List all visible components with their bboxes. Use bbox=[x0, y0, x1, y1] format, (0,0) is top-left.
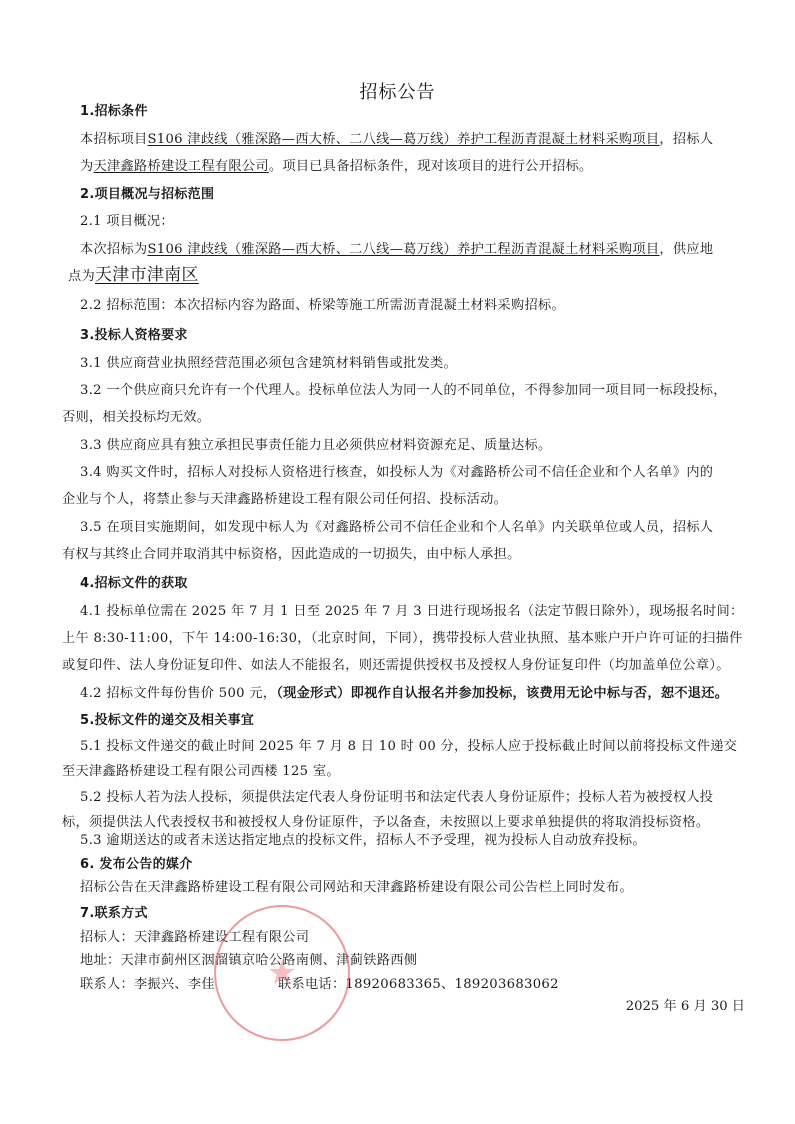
text: 4.2 招标文件每份售价 500 元， bbox=[80, 686, 276, 701]
company-name: 天津鑫路桥建设工程有限公司 bbox=[94, 159, 269, 174]
contact-address: 地址：天津市蓟州区洇溜镇京哈公路南侧、津蓟铁路西侧 bbox=[80, 952, 417, 970]
project-name: S106 津歧线（雅深路—西大桥、二八线—葛万线）养护工程沥青混凝土材料采购项目 bbox=[147, 242, 659, 257]
section-2-1-line-1: 本次招标为S106 津歧线（雅深路—西大桥、二八线—葛万线）养护工程沥青混凝土材… bbox=[80, 241, 713, 259]
contact-phone: 联系电话：18920683365、189203683062 bbox=[278, 976, 559, 994]
text: 点为 bbox=[68, 269, 95, 284]
section-3-5-line-1: 3.5 在项目实施期间，如发现中标人为《对鑫路桥公司不信任企业和个人名单》内关联… bbox=[80, 519, 713, 537]
contact-persons: 联系人：李振兴、李佳 bbox=[80, 976, 215, 994]
text: ，招标人 bbox=[659, 132, 713, 147]
section-6-heading: 6. 发布公告的媒介 bbox=[80, 856, 193, 874]
section-5-1-line-1: 5.1 投标文件递交的截止时间 2025 年 7 月 8 日 10 时 00 分… bbox=[80, 738, 737, 756]
section-5-3: 5.3 逾期送达的或者未送达指定地点的投标文件，招标人不予受理，视为投标人自动放… bbox=[80, 832, 646, 850]
section-5-1-line-2: 至天津鑫路桥建设工程有限公司西楼 125 室。 bbox=[62, 763, 340, 781]
document-page: 招标公告 1.招标条件 本招标项目S106 津歧线（雅深路—西大桥、二八线—葛万… bbox=[0, 0, 795, 1124]
section-5-2-line-1: 5.2 投标人若为法人投标，须提供法定代表人身份证明书和法定代表人身份证原件；投… bbox=[80, 789, 713, 807]
section-3-5-line-2: 有权与其终止合同并取消其中标资格，因此造成的一切损失，由中标人承担。 bbox=[62, 546, 521, 564]
section-4-1-line-1: 4.1 投标单位需在 2025 年 7 月 1 日至 2025 年 7 月 3 … bbox=[80, 603, 744, 621]
section-7-heading: 7.联系方式 bbox=[80, 905, 148, 923]
section-1-paragraph-line-1: 本招标项目S106 津歧线（雅深路—西大桥、二八线—葛万线）养护工程沥青混凝土材… bbox=[80, 131, 713, 149]
section-3-1: 3.1 供应商营业执照经营范围必须包含建筑材料销售或批发类。 bbox=[80, 355, 457, 373]
section-1-heading: 1.招标条件 bbox=[80, 103, 148, 121]
section-3-heading: 3.投标人资格要求 bbox=[80, 327, 188, 345]
text: ，供应地 bbox=[659, 242, 713, 257]
contact-tenderer: 招标人：天津鑫路桥建设工程有限公司 bbox=[80, 929, 309, 947]
section-3-2-line-1: 3.2 一个供应商只允许有一个代理人。投标单位法人为同一人的不同单位，不得参加同… bbox=[80, 382, 727, 400]
section-6-text: 招标公告在天津鑫路桥建设工程有限公司网站和天津鑫路桥建设有限公司公告栏上同时发布… bbox=[80, 879, 633, 897]
text: 。项目已具备招标条件，现对该项目的进行公开招标。 bbox=[269, 159, 593, 174]
text: 本招标项目 bbox=[80, 132, 147, 147]
section-5-heading: 5.投标文件的递交及相关事宜 bbox=[80, 712, 254, 730]
section-4-2: 4.2 招标文件每份售价 500 元，（现金形式）即视作自认报名并参加投标，该费… bbox=[80, 685, 728, 703]
section-2-1-label: 2.1 项目概况： bbox=[80, 213, 174, 231]
section-3-4-line-1: 3.4 购买文件时，招标人对投标人资格进行核查，如投标人为《对鑫路桥公司不信任企… bbox=[80, 464, 713, 482]
section-2-1-line-2: 点为天津市津南区 bbox=[68, 266, 199, 286]
section-4-1-line-3: 或复印件、法人身份证复印件、如法人不能报名，则还需提供授权书及授权人身份证复印件… bbox=[62, 657, 730, 675]
official-seal-icon: ★ bbox=[214, 905, 350, 1041]
section-1-paragraph-line-2: 为天津鑫路桥建设工程有限公司。项目已具备招标条件，现对该项目的进行公开招标。 bbox=[80, 158, 593, 176]
text: 本次招标为 bbox=[80, 242, 147, 257]
section-4-heading: 4.招标文件的获取 bbox=[80, 575, 188, 593]
section-3-3: 3.3 供应商应具有独立承担民事责任能力且必须供应材料资源充足、质量达标。 bbox=[80, 437, 551, 455]
page-title: 招标公告 bbox=[0, 78, 795, 104]
section-2-heading: 2.项目概况与招标范围 bbox=[80, 186, 214, 204]
project-name: S106 津歧线（雅深路—西大桥、二八线—葛万线）养护工程沥青混凝土材料采购项目 bbox=[147, 132, 659, 147]
section-4-1-line-2: 上午 8:30-11:00，下午 14:00-16:30，（北京时间，下同），携… bbox=[62, 630, 743, 648]
section-3-4-line-2: 企业与个人，将禁止参与天津鑫路桥建设工程有限公司任何招、投标活动。 bbox=[62, 491, 507, 509]
section-2-2: 2.2 招标范围：本次招标内容为路面、桥梁等施工所需沥青混凝土材料采购招标。 bbox=[80, 297, 565, 315]
section-3-2-line-2: 否则，相关投标均无效。 bbox=[62, 409, 210, 427]
announcement-date: 2025 年 6 月 30 日 bbox=[626, 995, 745, 1014]
section-5-2-line-2: 标，须提供法人代表授权书和被授权人身份证原件，予以备查，未按照以上要求单独提供的… bbox=[62, 814, 709, 832]
supply-location: 天津市津南区 bbox=[95, 265, 199, 285]
text: 为 bbox=[80, 159, 94, 174]
cash-notice: （现金形式）即视作自认报名并参加投标，该费用无论中标与否，恕不退还。 bbox=[276, 686, 728, 701]
